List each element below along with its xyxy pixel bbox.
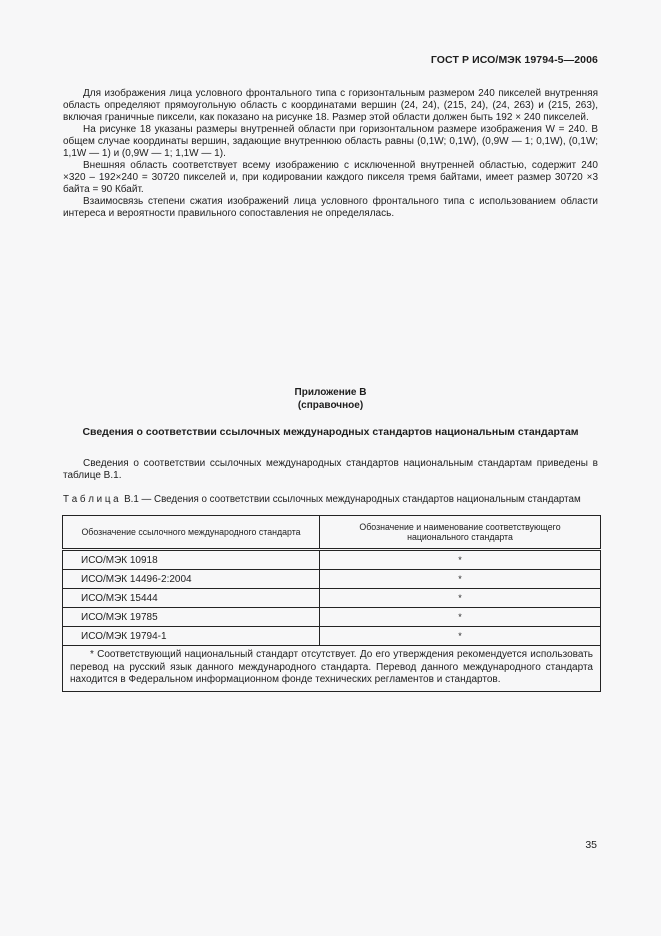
national-cell: * — [320, 589, 601, 608]
standards-correspondence-table: Обозначение ссылочного международного ст… — [62, 515, 601, 692]
table-row: ИСО/МЭК 15444 * — [63, 589, 601, 608]
standard-cell: ИСО/МЭК 10918 — [63, 550, 320, 570]
document-page: ГОСТ Р ИСО/МЭК 19794-5—2006 Для изображе… — [0, 0, 661, 936]
national-cell: * — [320, 570, 601, 589]
table-caption: Т а б л и ц а В.1 — Сведения о соответст… — [63, 494, 600, 506]
table-row: ИСО/МЭК 14496-2:2004 * — [63, 570, 601, 589]
annex-heading: Приложение В (справочное) — [63, 387, 598, 412]
national-cell: * — [320, 627, 601, 646]
body-text-block: Для изображения лица условного фронтальн… — [63, 88, 598, 220]
table-row: ИСО/МЭК 19794-1 * — [63, 627, 601, 646]
standard-cell: ИСО/МЭК 15444 — [63, 589, 320, 608]
table-row: ИСО/МЭК 10918 * — [63, 550, 601, 570]
paragraph: Сведения о соответствии ссылочных междун… — [63, 458, 598, 482]
table-header-national-standard: Обозначение и наименование соответствующ… — [320, 516, 601, 550]
document-header-standard-number: ГОСТ Р ИСО/МЭК 19794-5—2006 — [431, 54, 598, 66]
page-number: 35 — [585, 839, 597, 851]
standard-cell: ИСО/МЭК 19785 — [63, 608, 320, 627]
table-row: ИСО/МЭК 19785 * — [63, 608, 601, 627]
standard-cell: ИСО/МЭК 14496-2:2004 — [63, 570, 320, 589]
national-cell: * — [320, 608, 601, 627]
table-footnote-row: * Соответствующий национальный стандарт … — [63, 646, 601, 692]
paragraph: Внешняя область соответствует всему изоб… — [63, 160, 598, 196]
annex-title: Сведения о соответствии ссылочных междун… — [63, 426, 598, 439]
footnote-text: * Соответствующий национальный стандарт … — [70, 649, 593, 687]
table-header-international-standard: Обозначение ссылочного международного ст… — [63, 516, 320, 550]
annex-sublabel: (справочное) — [63, 400, 598, 413]
table-footnote: * Соответствующий национальный стандарт … — [63, 646, 601, 692]
annex-intro-block: Сведения о соответствии ссылочных междун… — [63, 458, 598, 482]
annex-label: Приложение В — [63, 387, 598, 400]
table-header-row: Обозначение ссылочного международного ст… — [63, 516, 601, 550]
paragraph: На рисунке 18 указаны размеры внутренней… — [63, 124, 598, 160]
standard-cell: ИСО/МЭК 19794-1 — [63, 627, 320, 646]
national-cell: * — [320, 550, 601, 570]
paragraph: Взаимосвязь степени сжатия изображений л… — [63, 196, 598, 220]
paragraph: Для изображения лица условного фронтальн… — [63, 88, 598, 124]
